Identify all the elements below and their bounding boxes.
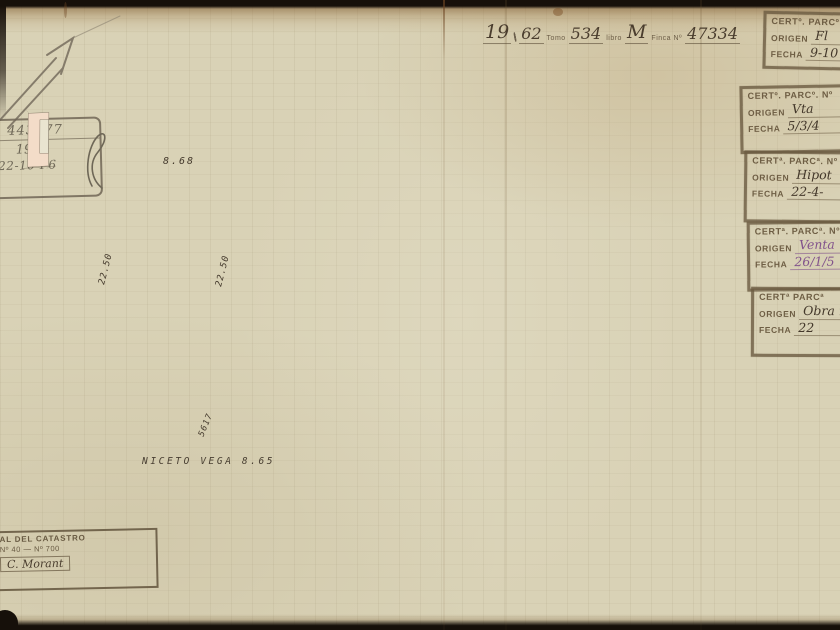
cert-stamp-4: CERTª. PARCª. Nº ORIGENVenta FECHA26/1/5 [747,220,840,291]
origen-label: ORIGEN [748,108,785,118]
cert-stamp-5: CERTª PARCª ORIGENObra n FECHA22 [751,287,840,357]
origen-value: Fl [811,29,840,46]
finca-value: 47334 [685,26,740,44]
origen-label: ORIGEN [755,244,792,254]
tomo-label: Tomo [547,35,566,44]
catastro-office-stamp: AL DEL CATASTRO Nº 40 — Nº 700 C. Morant [0,528,159,592]
cert-stamp-2: CERTº. PARCº. Nº ORIGENVta FECHA5/3/4 [739,84,840,154]
stamp-title: CERTº. PARCº. Nº [748,89,840,102]
fecha-value: 22 [794,321,840,337]
year-left: 19 [483,23,511,44]
catastro-numbers: Nº 40 — Nº 700 [0,542,152,555]
origen-value: Venta [795,238,840,254]
stamp-title: CERTª PARCª [759,292,840,304]
paper-bottom-edge [0,614,840,630]
fecha-label: FECHA [748,125,780,135]
dimension-top: 8.68 [163,156,195,167]
cert-stamp-3: CERTª. PARCª. Nº ORIGENHipot FECHA22-4- [744,150,840,223]
stamp-title: CERTª. PARCª. Nº [755,225,840,237]
fecha-label: FECHA [771,50,803,60]
year-right: 62 [519,26,543,44]
fecha-value: 9-10 [806,45,840,62]
libro-value: M [625,23,648,44]
origen-value: Hipot [792,168,840,184]
fecha-value: 26/1/5 [790,254,840,270]
finca-label: Finca Nº [651,35,682,44]
origen-value: Obra n [799,304,840,320]
catastro-signature: C. Morant [0,556,70,572]
parcel-plan-drawing [0,0,190,290]
fecha-value: 5/3/4 [783,118,840,135]
fecha-label: FECHA [752,190,784,200]
cert-stamp-1: CERTº. PARCº. ORIGENFl FECHA9-10 [762,11,840,71]
stamp-title: CERTª. PARCª. Nº [752,155,840,167]
libro-label: libro [606,35,622,44]
scanned-registry-card: 443477 19 22-10-P6 19 62 Tomo 534 libro … [0,0,840,630]
origen-label: ORIGEN [752,173,789,183]
scribble-mark [513,32,517,42]
header-registry-line: 19 62 Tomo 534 libro M Finca Nº 47334 [483,12,718,44]
fecha-label: FECHA [755,260,787,270]
fecha-label: FECHA [759,326,791,336]
street-frontage-label: NICETO VEGA 8.65 [142,456,275,467]
stamp-title: CERTº. PARCº. [771,16,840,29]
origen-label: ORIGEN [759,310,796,320]
origen-value: Vta [788,101,840,118]
fecha-value: 22-4- [787,184,840,200]
origen-label: ORIGEN [771,34,808,45]
tomo-value: 534 [569,26,604,44]
